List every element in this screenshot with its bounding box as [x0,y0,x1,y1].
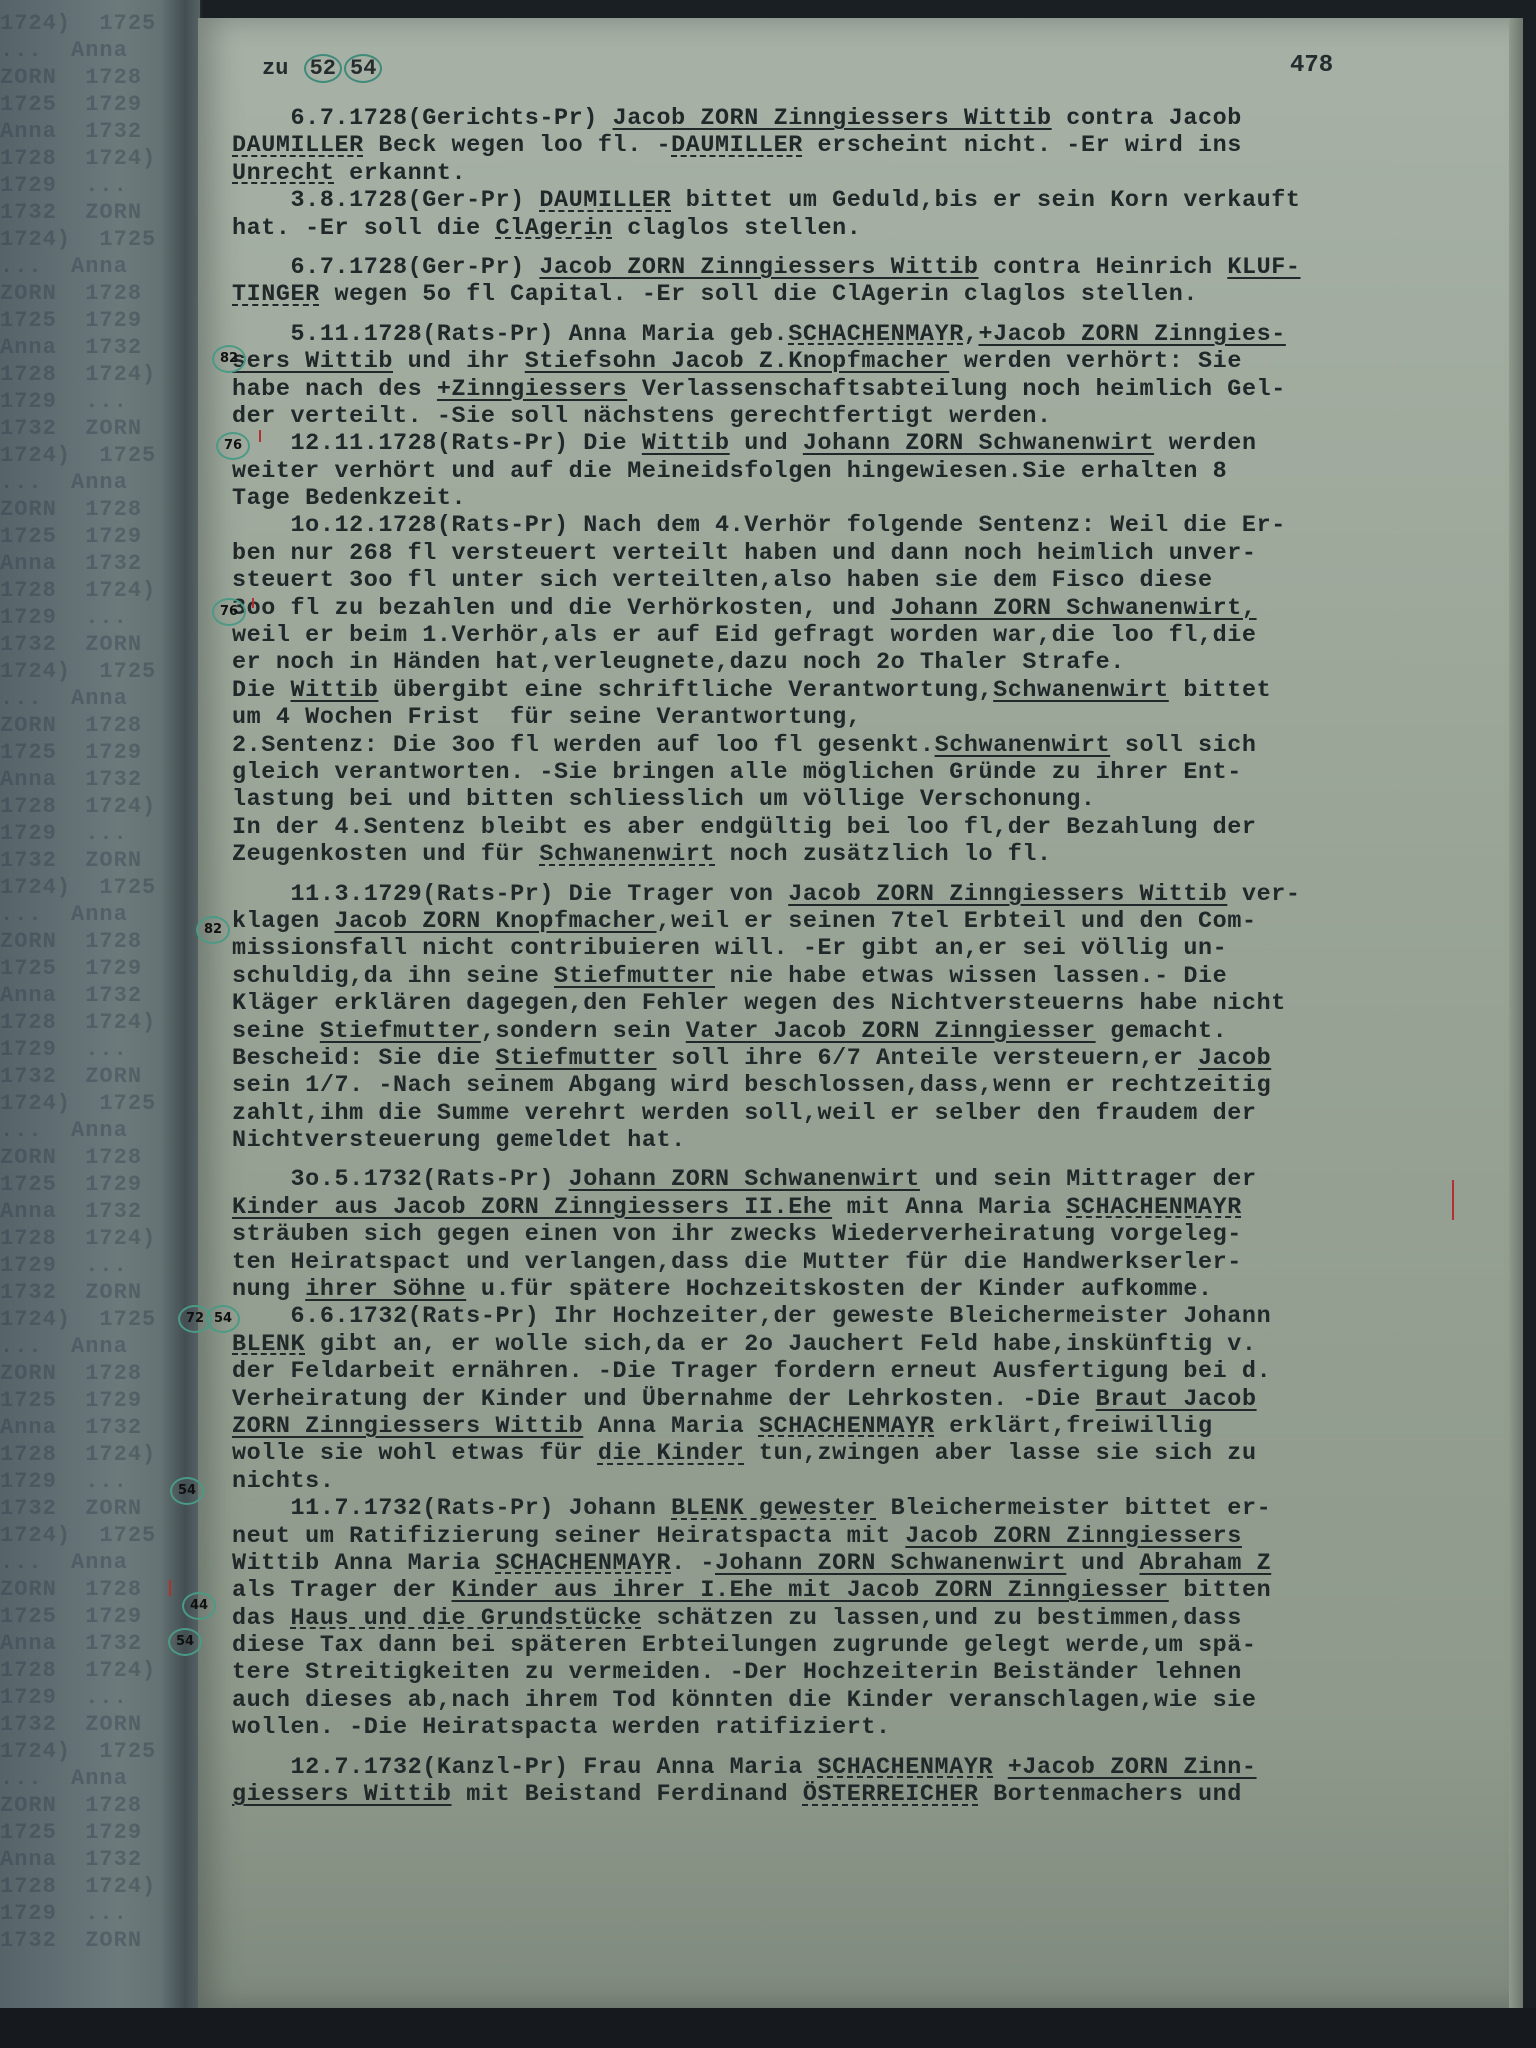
text-line: giessers Wittib mit Beistand Ferdinand Ö… [232,1782,1522,1809]
text-line: Bescheid: Sie die Stiefmutter soll ihre … [232,1046,1522,1073]
margin-note: 76 [216,432,250,460]
record-entry: 6.7.1728(Ger-Pr) Jacob ZORN Zinngiessers… [232,255,1522,310]
text-segment: Verheiratung der Kinder und Übernahme de… [232,1387,1096,1413]
text-segment: ,weil er seinen 7tel Erbteil und den Com… [656,909,1256,935]
dashed-underlined-name: SCHACHENMAYR [788,322,964,348]
text-segment: mit Beistand Ferdinand [452,1782,803,1808]
text-segment: 12.7.1732(Kanzl-Pr) Frau Anna Maria [232,1755,817,1781]
text-segment: erkannt. [334,161,466,187]
record-entry: 6.7.1728(Gerichts-Pr) Jacob ZORN Zinngie… [232,106,1522,188]
underlined-name: Kinder aus Jacob ZORN Zinngiessers II.Eh… [232,1195,832,1221]
margin-note: 54 [206,1305,240,1333]
record-entry: 12.11.1728(Rats-Pr) Die Wittib und Johan… [232,431,1522,513]
text-line: missionsfall nicht contribuieren will. -… [232,936,1522,963]
text-line: 1o.12.1728(Rats-Pr) Nach dem 4.Verhör fo… [232,513,1522,540]
text-segment: Anna Maria [583,1414,759,1440]
text-segment: Nichtversteuerung gemeldet hat. [232,1128,686,1154]
text-segment: Bortenmachers und [978,1782,1241,1808]
text-segment: sein 1/7. -Nach seinem Abgang wird besch… [232,1073,1271,1099]
underlined-name: Jacob ZORN Zinngiessers [905,1524,1242,1550]
text-segment: noch zusätzlich lo fl. [715,842,1052,868]
text-segment: claglos stellen. [613,216,862,242]
text-segment: auch dieses ab,nach ihrem Tod könnten di… [232,1688,1257,1714]
text-segment: ben nur 268 fl versteuert verteilt haben… [232,541,1257,567]
text-segment: und [730,431,803,457]
dashed-underlined-name: Unrecht [232,161,334,187]
text-segment: 1o.12.1728(Rats-Pr) Nach dem 4.Verhör fo… [232,513,1286,539]
record-entry: 5.11.1728(Rats-Pr) Anna Maria geb.SCHACH… [232,322,1522,432]
underlined-name: Jacob [1198,1046,1271,1072]
text-segment: Bleichermeister bittet er- [876,1496,1271,1522]
text-segment: contra Jacob [1052,106,1242,132]
dashed-underlined-name: BLENK gewester [671,1496,876,1522]
underlined-name: +Jacob ZORN Zinn- [1008,1755,1257,1781]
text-segment: 2.Sentenz: Die 3oo fl werden auf loo fl … [232,733,935,759]
dashed-underlined-name: SCHACHENMAYR [817,1755,993,1781]
text-segment: als Trager der [232,1578,452,1604]
text-segment: werden verhört: Sie [949,349,1242,375]
text-segment: 11.7.1732(Rats-Pr) Johann [232,1496,671,1522]
text-line: Verheiratung der Kinder und Übernahme de… [232,1387,1522,1414]
text-line: 6.7.1728(Gerichts-Pr) Jacob ZORN Zinngie… [232,106,1522,133]
underlined-name: Jacob ZORN Zinngiessers Wittib [539,255,978,281]
underlined-name: Kinder aus ihrer I.Ehe mit Jacob ZORN Zi… [452,1578,1169,1604]
underlined-name: Johann ZORN Schwanenwirt, [891,596,1257,622]
text-segment: . - [671,1551,715,1577]
text-segment: In der 4.Sentenz bleibt es aber endgülti… [232,815,1257,841]
margin-note: 54 [170,1477,204,1505]
record-entry: 3.8.1728(Ger-Pr) DAUMILLER bittet um Ged… [232,188,1522,243]
record-entry: 12.7.1732(Kanzl-Pr) Frau Anna Maria SCHA… [232,1755,1522,1810]
text-segment: gibt an, er wolle sich,da er 2o Jauchert… [305,1332,1256,1358]
text-segment: zahlt,ihm die Summe verehrt werden soll,… [232,1101,1257,1127]
underlined-name: Wittib [642,431,730,457]
record-entry: 3o.5.1732(Rats-Pr) Johann ZORN Schwanenw… [232,1167,1522,1304]
text-line: Nichtversteuerung gemeldet hat. [232,1128,1522,1155]
underlined-name: Jacob ZORN Zinngiessers Wittib [788,882,1227,908]
text-segment: erklärt,freiwillig [935,1414,1213,1440]
text-segment: und ihr [393,349,525,375]
text-segment: Wittib Anna Maria [232,1551,495,1577]
reference-number-1: 52 [304,54,342,83]
underlined-name: KLUF- [1227,255,1300,281]
text-line: das Haus und die Grundstücke schätzen zu… [232,1606,1522,1633]
text-segment: 5.11.1728(Rats-Pr) Anna Maria geb. [232,322,788,348]
reference-note: zu 5254 [262,54,382,83]
text-segment: Bescheid: Sie die [232,1046,495,1072]
text-segment: und sein Mittrager der [920,1167,1257,1193]
text-line: 12.7.1732(Kanzl-Pr) Frau Anna Maria SCHA… [232,1755,1522,1782]
text-line: klagen Jacob ZORN Knopfmacher,weil er se… [232,909,1522,936]
text-line: um 4 Wochen Frist für seine Verantwortun… [232,705,1522,732]
text-line: weiter verhört und auf die Meineidsfolge… [232,459,1522,486]
text-segment: Kläger erklären dagegen,den Fehler wegen… [232,991,1286,1017]
red-pencil-mark [259,430,261,442]
text-segment: schätzen zu lassen,und zu bestimmen,dass [642,1606,1242,1632]
text-segment: bittet [1169,678,1271,704]
text-segment: gleich verantworten. -Sie bringen alle m… [232,760,1242,786]
text-line: diese Tax dann bei späteren Erbteilungen… [232,1633,1522,1660]
text-segment: , [964,322,979,348]
document-body: 6.7.1728(Gerichts-Pr) Jacob ZORN Zinngie… [232,106,1522,1809]
margin-note: 82 [212,345,246,373]
text-segment: und [1066,1551,1139,1577]
underlined-name: Wittib [291,678,379,704]
text-line: er noch in Händen hat,verleugnete,dazu n… [232,650,1522,677]
text-segment: schuldig,da ihn seine [232,964,554,990]
text-segment: erscheint nicht. -Er wird ins [803,133,1242,159]
text-segment: soll sich [1110,733,1256,759]
text-line: Zeugenkosten und für Schwanenwirt noch z… [232,842,1522,869]
text-segment: Zeugenkosten und für [232,842,539,868]
text-segment: weil er beim 1.Verhör,als er auf Eid gef… [232,623,1257,649]
text-segment: 6.6.1732(Rats-Pr) Ihr Hochzeiter,der gew… [232,1304,1271,1330]
dashed-underlined-name: SCHACHENMAYR [759,1414,935,1440]
text-segment: missionsfall nicht contribuieren will. -… [232,936,1227,962]
text-segment: Verlassenschaftsabteilung noch heimlich … [627,377,1286,403]
underlined-name: giessers Wittib [232,1782,452,1808]
text-segment: nie habe etwas wissen lassen.- Die [715,964,1227,990]
text-line: nichts. [232,1469,1522,1496]
underlined-name: Stiefsohn Jacob Z.Knopfmacher [525,349,949,375]
underlined-name: Stiefmutter [554,964,715,990]
text-line: hat. -Er soll die ClAgerin claglos stell… [232,216,1522,243]
text-line: 11.3.1729(Rats-Pr) Die Trager von Jacob … [232,882,1522,909]
record-entry: 1o.12.1728(Rats-Pr) Nach dem 4.Verhör fo… [232,513,1522,869]
text-line: Kläger erklären dagegen,den Fehler wegen… [232,991,1522,1018]
dashed-underlined-name: DAUMILLER [232,133,364,159]
dashed-underlined-name: Haus und die Grundstücke [291,1606,642,1632]
text-segment: Beck wegen loo fl. - [364,133,671,159]
text-line: 11.7.1732(Rats-Pr) Johann BLENK gewester… [232,1496,1522,1523]
text-line: DAUMILLER Beck wegen loo fl. -DAUMILLER … [232,133,1522,160]
text-segment: u.für spätere Hochzeitskosten der Kinder… [466,1277,1212,1303]
text-segment: lastung bei und bitten schliesslich um v… [232,787,1096,813]
text-segment: der verteilt. -Sie soll nächstens gerech… [232,404,1052,430]
text-segment: diese Tax dann bei späteren Erbteilungen… [232,1633,1257,1659]
dashed-underlined-name: ÖSTERREICHER [803,1782,979,1808]
text-segment: ,sondern sein [481,1019,686,1045]
dashed-underlined-name: SCHACHENMAYR [1066,1195,1242,1221]
text-line: gleich verantworten. -Sie bringen alle m… [232,760,1522,787]
text-segment: 3oo fl zu bezahlen und die Verhörkosten,… [232,596,891,622]
text-line: 2.Sentenz: Die 3oo fl werden auf loo fl … [232,733,1522,760]
text-line: der Feldarbeit ernähren. -Die Trager for… [232,1359,1522,1386]
text-segment: werden [1154,431,1256,457]
underlined-name: Stiefmutter [495,1046,656,1072]
text-segment: neut um Ratifizierung seiner Heiratspact… [232,1524,905,1550]
underlined-name: +Zinngiessers [437,377,627,403]
underlined-name: Vater Jacob ZORN Zinngiesser [686,1019,1096,1045]
text-segment: der Feldarbeit ernähren. -Die Trager for… [232,1359,1271,1385]
text-line: zahlt,ihm die Summe verehrt werden soll,… [232,1101,1522,1128]
text-segment: mit Anna Maria [832,1195,1066,1221]
background-table [0,2008,1536,2048]
text-segment: weiter verhört und auf die Meineidsfolge… [232,459,1227,485]
text-segment: steuert 3oo fl unter sich verteilten,als… [232,568,1213,594]
text-line: Wittib Anna Maria SCHACHENMAYR. -Johann … [232,1551,1522,1578]
text-segment: hat. -Er soll die [232,216,495,242]
dashed-underlined-name: DAUMILLER [539,188,671,214]
text-line: neut um Ratifizierung seiner Heiratspact… [232,1524,1522,1551]
text-segment: 12.11.1728(Rats-Pr) Die [232,431,642,457]
text-segment: 6.7.1728(Ger-Pr) [232,255,539,281]
margin-note: 76 [212,598,246,626]
underlined-name: Johann ZORN Schwanenwirt [569,1167,920,1193]
red-pencil-mark [1452,1180,1454,1220]
underlined-name: Braut Jacob [1096,1387,1257,1413]
text-segment: nung [232,1277,305,1303]
underlined-name: ZORN Zinngiessers Wittib [232,1414,583,1440]
underlined-name: Schwanenwirt [993,678,1169,704]
text-line: ben nur 268 fl versteuert verteilt haben… [232,541,1522,568]
text-line: weil er beim 1.Verhör,als er auf Eid gef… [232,623,1522,650]
text-line: 6.7.1728(Ger-Pr) Jacob ZORN Zinngiessers… [232,255,1522,282]
text-line: Tage Bedenkzeit. [232,486,1522,513]
text-segment: tere Streitigkeiten zu vermeiden. -Der H… [232,1660,1242,1686]
text-line: Kinder aus Jacob ZORN Zinngiessers II.Eh… [232,1195,1522,1222]
margin-note: 54 [168,1628,202,1656]
text-line: ten Heiratspact und verlangen,dass die M… [232,1250,1522,1277]
text-segment: ten Heiratspact und verlangen,dass die M… [232,1250,1242,1276]
dashed-underlined-name: Schwanenwirt [539,842,715,868]
text-line: 5.11.1728(Rats-Pr) Anna Maria geb.SCHACH… [232,322,1522,349]
record-entry: 11.7.1732(Rats-Pr) Johann BLENK gewester… [232,1496,1522,1743]
text-segment: wegen 5o fl Capital. -Er soll die ClAger… [320,282,1198,308]
text-segment: gemacht. [1096,1019,1228,1045]
text-segment: 6.7.1728(Gerichts-Pr) [232,106,613,132]
book-gutter [160,0,202,2048]
text-line: nung ihrer Söhne u.für spätere Hochzeits… [232,1277,1522,1304]
text-segment: contra Heinrich [978,255,1227,281]
text-segment: 3o.5.1732(Rats-Pr) [232,1167,569,1193]
text-segment: soll ihre 6/7 Anteile versteuern,er [656,1046,1198,1072]
text-line: lastung bei und bitten schliesslich um v… [232,787,1522,814]
text-line: TINGER wegen 5o fl Capital. -Er soll die… [232,282,1522,309]
page-number: 478 [1290,52,1333,79]
text-segment: übergibt eine schriftliche Verantwortung… [378,678,993,704]
reference-number-2: 54 [344,54,382,83]
dashed-underlined-name: BLENK [232,1332,305,1358]
margin-note: 44 [182,1592,216,1620]
text-segment: 3.8.1728(Ger-Pr) [232,188,539,214]
underlined-name: Schwanenwirt [935,733,1111,759]
text-segment: wolle sie wohl etwas für [232,1441,598,1467]
text-line: seine Stiefmutter,sondern sein Vater Jac… [232,1019,1522,1046]
text-segment: sträuben sich gegen einen von ihr zwecks… [232,1222,1242,1248]
underlined-name: Johann ZORN Schwanenwirt [715,1551,1066,1577]
text-line: sers Wittib und ihr Stiefsohn Jacob Z.Kn… [232,349,1522,376]
text-segment: seine [232,1019,320,1045]
underlined-name: +Jacob ZORN Zinngies- [978,322,1285,348]
text-line: 3oo fl zu bezahlen und die Verhörkosten,… [232,596,1522,623]
text-segment: 11.3.1729(Rats-Pr) Die Trager von [232,882,788,908]
record-entry: 6.6.1732(Rats-Pr) Ihr Hochzeiter,der gew… [232,1304,1522,1496]
underlined-name: Stiefmutter [320,1019,481,1045]
dashed-underlined-name: ClAgerin [495,216,612,242]
text-segment: er noch in Händen hat,verleugnete,dazu n… [232,650,1125,676]
dashed-underlined-name: DAUMILLER [671,133,803,159]
text-line: habe nach des +Zinngiessers Verlassensch… [232,377,1522,404]
text-segment: nichts. [232,1469,334,1495]
text-line: steuert 3oo fl unter sich verteilten,als… [232,568,1522,595]
underlined-name: Johann ZORN Schwanenwirt [803,431,1154,457]
text-line: der verteilt. -Sie soll nächstens gerech… [232,404,1522,431]
underlined-name: Jacob ZORN Knopfmacher [334,909,656,935]
text-segment: das [232,1606,291,1632]
text-line: tere Streitigkeiten zu vermeiden. -Der H… [232,1660,1522,1687]
text-line: Die Wittib übergibt eine schriftliche Ve… [232,678,1522,705]
text-segment: habe nach des [232,377,437,403]
dashed-underlined-name: SCHACHENMAYR [495,1551,671,1577]
text-line: 3.8.1728(Ger-Pr) DAUMILLER bittet um Ged… [232,188,1522,215]
text-line: wolle sie wohl etwas für die Kinder tun,… [232,1441,1522,1468]
text-line: sein 1/7. -Nach seinem Abgang wird besch… [232,1073,1522,1100]
text-line: ZORN Zinngiessers Wittib Anna Maria SCHA… [232,1414,1522,1441]
text-line: wollen. -Die Heiratspacta werden ratifiz… [232,1715,1522,1742]
text-segment: tun,zwingen aber lasse sie sich zu [744,1441,1256,1467]
text-line: auch dieses ab,nach ihrem Tod könnten di… [232,1688,1522,1715]
reference-prefix: zu [262,56,288,81]
text-line: Unrecht erkannt. [232,161,1522,188]
underlined-name: sers Wittib [232,349,393,375]
text-segment [993,1755,1008,1781]
underlined-name: Abraham Z [1140,1551,1272,1577]
text-line: 12.11.1728(Rats-Pr) Die Wittib und Johan… [232,431,1522,458]
text-line: BLENK gibt an, er wolle sich,da er 2o Ja… [232,1332,1522,1359]
dashed-underlined-name: TINGER [232,282,320,308]
text-segment: um 4 Wochen Frist für seine Verantwortun… [232,705,861,731]
text-segment: klagen [232,909,334,935]
text-segment: bittet um Geduld,bis er sein Korn verkau… [671,188,1300,214]
underlined-name: ihrer Söhne [305,1277,466,1303]
text-segment: Die [232,678,291,704]
margin-note: 82 [196,916,230,944]
text-line: als Trager der Kinder aus ihrer I.Ehe mi… [232,1578,1522,1605]
text-segment: wollen. -Die Heiratspacta werden ratifiz… [232,1715,891,1741]
dashed-underlined-name: die Kinder [598,1441,744,1467]
text-line: sträuben sich gegen einen von ihr zwecks… [232,1222,1522,1249]
text-segment: Tage Bedenkzeit. [232,486,466,512]
text-line: 6.6.1732(Rats-Pr) Ihr Hochzeiter,der gew… [232,1304,1522,1331]
text-segment: ver- [1227,882,1300,908]
text-line: 3o.5.1732(Rats-Pr) Johann ZORN Schwanenw… [232,1167,1522,1194]
red-pencil-mark [169,1580,171,1596]
text-segment: bitten [1169,1578,1271,1604]
text-line: In der 4.Sentenz bleibt es aber endgülti… [232,815,1522,842]
text-line: schuldig,da ihn seine Stiefmutter nie ha… [232,964,1522,991]
record-entry: 11.3.1729(Rats-Pr) Die Trager von Jacob … [232,882,1522,1156]
red-pencil-mark [252,598,254,608]
underlined-name: Jacob ZORN Zinngiessers Wittib [613,106,1052,132]
